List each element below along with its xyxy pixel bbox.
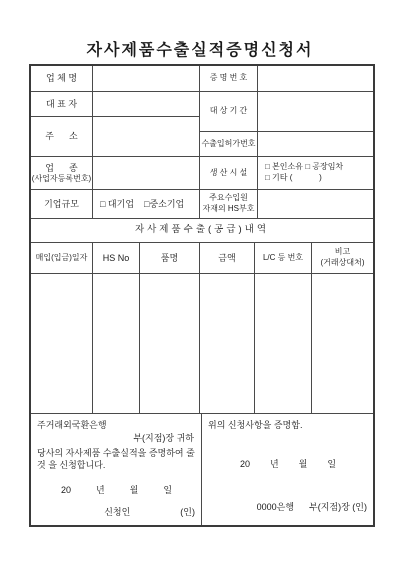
col-header-amount: 금액 — [200, 243, 255, 274]
business-type-label: 업 종 (사업자등록번호) — [31, 157, 93, 189]
certificate-no-field — [258, 66, 373, 91]
production-facility-label: 생 산 시 설 — [200, 157, 258, 189]
col-header-hs-no: HS No — [93, 243, 140, 274]
detail-header-row: 매입(입금)일자 HS No 품명 금액 L/C 등 번호 비고 (거래상대처) — [31, 243, 373, 274]
production-facility-checkboxes: □ 본인소유 □ 공장임차 □ 기타 ( ) — [258, 157, 373, 189]
col-header-purchase-date: 매입(입금)일자 — [31, 243, 93, 274]
certification-statement: 위의 신청사항을 증명함. — [208, 420, 368, 432]
col-header-lc-no: L/C 등 번호 — [255, 243, 312, 274]
lc-no-cell — [255, 274, 312, 413]
amount-cell — [200, 274, 255, 413]
recipient-line: 부(지점)장 귀하 — [37, 433, 196, 445]
main-bank-line: 주거래외국환은행 — [37, 420, 196, 432]
company-size-label: 기업규모 — [31, 190, 93, 218]
business-type-row: 업 종 (사업자등록번호) — [31, 157, 200, 190]
info-left-group: 업 체 명 대 표 자 주 소 업 종 (사업자등록번호) — [31, 66, 200, 219]
hs-no-cell — [93, 274, 140, 413]
hs-code-label: 주요수입원 자재의 HS부호 — [200, 190, 258, 218]
business-reg-no-sublabel: (사업자등록번호) — [32, 174, 91, 185]
purchase-date-cell — [31, 274, 93, 413]
ceo-name-label: 대 표 자 — [31, 92, 93, 116]
remarks-cell — [312, 274, 373, 413]
company-name-field — [93, 66, 200, 91]
company-row: 업 체 명 — [31, 66, 200, 92]
company-size-row: 기업규모 □ 대기업 □중소기업 — [31, 190, 200, 219]
bank-seal-line: 0000은행 부(지점)장 (인) — [208, 502, 368, 514]
address-label: 주 소 — [31, 117, 93, 156]
applicant-seal-line: 신청인 (인) — [37, 507, 196, 519]
target-period-label: 대 상 기 간 — [200, 92, 258, 131]
col-header-item-name: 품명 — [140, 243, 200, 274]
ceo-row: 대 표 자 — [31, 92, 200, 117]
company-name-label: 업 체 명 — [31, 66, 93, 91]
application-date-line: 20 년 월 일 — [37, 485, 196, 497]
detail-data-row — [31, 274, 373, 414]
license-no-row: 수출입허가번호 — [200, 132, 373, 157]
info-section: 업 체 명 대 표 자 주 소 업 종 (사업자등록번호) — [31, 66, 373, 219]
certification-block: 위의 신청사항을 증명함. 20 년 월 일 0000은행 부(지점)장 (인) — [202, 414, 373, 525]
business-type-field — [93, 157, 200, 189]
address-row: 주 소 — [31, 117, 200, 157]
application-body-text: 당사의 자사제품 수출실적을 증명하여 줄 것 을 신청합니다. — [37, 448, 196, 471]
certificate-no-label: 증 명 번 호 — [200, 66, 258, 91]
footer-section: 주거래외국환은행 부(지점)장 귀하 당사의 자사제품 수출실적을 증명하여 줄… — [31, 414, 373, 525]
export-certificate-application-form: 자사제품수출실적증명신청서 업 체 명 대 표 자 주 소 — [0, 0, 400, 565]
license-no-field — [258, 132, 373, 156]
applicant-block: 주거래외국환은행 부(지점)장 귀하 당사의 자사제품 수출실적을 증명하여 줄… — [31, 414, 202, 525]
license-no-label: 수출입허가번호 — [200, 132, 258, 156]
hs-code-row: 주요수입원 자재의 HS부호 — [200, 190, 373, 219]
production-facility-row: 생 산 시 설 □ 본인소유 □ 공장임차 □ 기타 ( ) — [200, 157, 373, 190]
info-right-group: 증 명 번 호 대 상 기 간 수출입허가번호 생 산 시 설 □ 본인소유 □… — [200, 66, 373, 219]
target-period-row: 대 상 기 간 — [200, 92, 373, 132]
form-title: 자사제품수출실적증명신청서 — [0, 37, 400, 60]
company-size-checkboxes: □ 대기업 □중소기업 — [93, 190, 200, 218]
hs-code-field — [258, 190, 373, 218]
form-table: 업 체 명 대 표 자 주 소 업 종 (사업자등록번호) — [29, 64, 375, 527]
certification-date-line: 20 년 월 일 — [208, 459, 368, 471]
ceo-name-field — [93, 92, 200, 116]
certificate-no-row: 증 명 번 호 — [200, 66, 373, 92]
business-type-label-main: 업 종 — [45, 162, 77, 174]
detail-section-title: 자사제품수출(공급)내역 — [31, 219, 373, 243]
target-period-field — [258, 92, 373, 131]
item-name-cell — [140, 274, 200, 413]
address-field — [93, 117, 200, 156]
col-header-remarks: 비고 (거래상대처) — [312, 243, 373, 274]
